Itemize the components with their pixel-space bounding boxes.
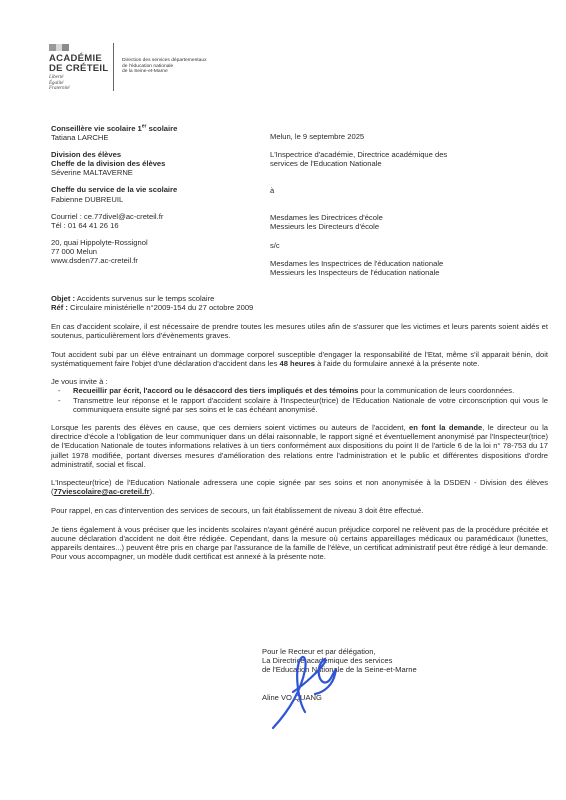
recipient-block: Melun, le 9 septembre 2025 L'Inspectrice… [270, 132, 550, 277]
sender-title: Division des élèves [51, 150, 251, 159]
header-divider [113, 43, 114, 91]
address-line: 20, quai Hippolyte-Rossignol [51, 238, 251, 247]
republic-motto: Liberté Égalité Fraternité [49, 75, 119, 92]
address-line: 77 000 Melun [51, 247, 251, 256]
email-link[interactable]: 77viescolaire@ac-creteil.fr [54, 487, 150, 496]
sender-contact-2: Division des élèves Cheffe de la divisio… [51, 150, 251, 177]
direction-name: Direction des services départementaux de… [122, 58, 207, 75]
paragraph: Pour rappel, en cas d'intervention des s… [51, 506, 548, 515]
list-item: Recueillir par écrit, l'accord ou le dés… [51, 386, 548, 395]
to-line: Messieurs les Directeurs d'école [270, 222, 550, 231]
sc-line: Messieurs les Inspecteurs de l'éducation… [270, 268, 550, 277]
paragraph: En cas d'accident scolaire, il est néces… [51, 322, 548, 340]
sender-name: Fabienne DUBREUIL [51, 195, 251, 204]
handwritten-signature-icon [265, 640, 355, 735]
sender-contact-details: Courriel : ce.77divel@ac-creteil.fr Tél … [51, 212, 251, 230]
letter-body: En cas d'accident scolaire, il est néces… [51, 322, 548, 570]
sender-title: Conseillère vie scolaire 1er scolaire [51, 124, 251, 133]
sc-label: s/c [270, 241, 550, 250]
paragraph: Je tiens également à vous préciser que l… [51, 525, 548, 561]
objet-line: Objet : Accidents survenus sur le temps … [51, 294, 351, 303]
place-date: Melun, le 9 septembre 2025 [270, 132, 550, 141]
sender-block: Conseillère vie scolaire 1er scolaire Ta… [51, 124, 251, 273]
to-line: Mesdames les Directrices d'école [270, 213, 550, 222]
marianne-flag-icon [49, 44, 69, 51]
sender-title: Cheffe de la division des élèves [51, 159, 251, 168]
sender-contact-1: Conseillère vie scolaire 1er scolaire Ta… [51, 124, 251, 142]
ref-line: Réf : Circulaire ministérielle n°2009-15… [51, 303, 351, 312]
from-line: services de l'Education Nationale [270, 159, 550, 168]
paragraph: L'Inspecteur(trice) de l'Education Natio… [51, 478, 548, 496]
sender-name: Séverine MALTAVERNE [51, 168, 251, 177]
academie-logo: ACADÉMIE DE CRÉTEIL Liberté Égalité Frat… [49, 44, 119, 92]
invite-line: Je vous invite à : [51, 377, 548, 386]
to-word: à [270, 186, 550, 195]
sender-address: 20, quai Hippolyte-Rossignol 77 000 Melu… [51, 238, 251, 265]
from-line: L'Inspectrice d'académie, Directrice aca… [270, 150, 550, 159]
paragraph: Lorsque les parents des élèves en cause,… [51, 423, 548, 468]
website-line: www.dsden77.ac-creteil.fr [51, 256, 251, 265]
sender-name: Tatiana LARCHE [51, 133, 251, 142]
email-line: Courriel : ce.77divel@ac-creteil.fr [51, 212, 251, 221]
list-item: Transmettre leur réponse et le rapport d… [51, 396, 548, 414]
logo-title-line2: DE CRÉTEIL [49, 64, 119, 74]
sender-contact-3: Cheffe du service de la vie scolaire Fab… [51, 185, 251, 203]
sender-title: Cheffe du service de la vie scolaire [51, 185, 251, 194]
direction-line: Direction des services départementaux [122, 58, 207, 64]
subject-block: Objet : Accidents survenus sur le temps … [51, 294, 351, 312]
motto-line: Fraternité [49, 86, 119, 92]
instruction-list: Recueillir par écrit, l'accord ou le dés… [51, 386, 548, 413]
phone-line: Tél : 01 64 41 26 16 [51, 221, 251, 230]
direction-line: de la Seine-et-Marne [122, 69, 207, 75]
paragraph: Tout accident subi par un élève entraina… [51, 350, 548, 368]
sc-line: Mesdames les Inspectrices de l'éducation… [270, 259, 550, 268]
